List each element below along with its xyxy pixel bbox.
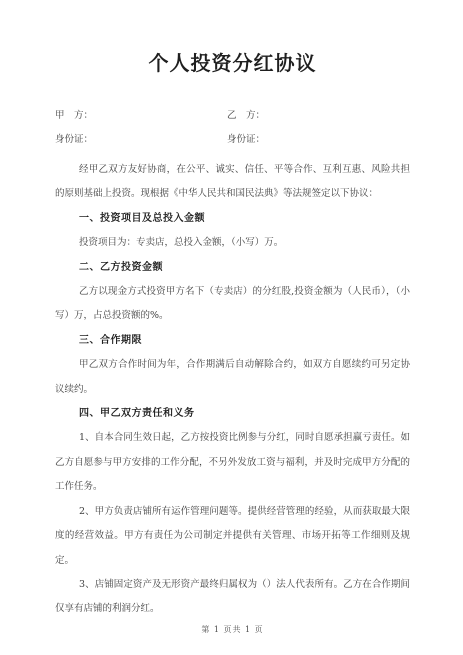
section-1-heading: 一、投资项目及总投入金额 (55, 207, 410, 231)
section-4-item-3: 3、店铺固定资产及无形资产最终归属权为（）法人代表所有。乙方在合作期间仅享有店铺… (55, 573, 410, 622)
section-2-paragraph: 乙方以现金方式投资甲方名下（专卖店）的分红股,投资金额为（人民币），（小写）万，… (55, 280, 410, 329)
document-title: 个人投资分红协议 (55, 50, 410, 76)
party-a-label: 甲 方： (55, 104, 227, 128)
preamble-paragraph: 经甲乙双方友好协商，在公平、诚实、信任、平等合作、互利互惠、风险共担的原则基础上… (55, 158, 410, 207)
section-2-heading: 二、乙方投资金额 (55, 256, 410, 280)
party-info-block: 甲 方： 乙 方： 身份证： 身份证： (55, 104, 410, 152)
section-4-item-1: 1、自本合同生效日起，乙方按投资比例参与分红，同时自愿承担赢亏责任。如乙方自愿参… (55, 426, 410, 499)
party-a-id-label: 身份证： (55, 128, 227, 152)
section-3-heading: 三、合作期限 (55, 329, 410, 353)
party-id-row: 身份证： 身份证： (55, 128, 410, 152)
section-1-paragraph: 投资项目为：专卖店，总投入金额，（小写）万。 (55, 231, 410, 255)
page-number-footer: 第 1 页共 1 页 (55, 624, 410, 635)
party-b-id-label: 身份证： (227, 128, 410, 152)
section-3-paragraph: 甲乙双方合作时间为年，合作期满后自动解除合约，如双方自愿续约可另定协议续约。 (55, 353, 410, 402)
party-name-row: 甲 方： 乙 方： (55, 104, 410, 128)
section-4-item-2: 2、甲方负责店铺所有运作管理问题等。提供经营管理的经验，从而获取最大限度的经营效… (55, 500, 410, 573)
party-b-label: 乙 方： (227, 104, 410, 128)
document-body: 经甲乙双方友好协商，在公平、诚实、信任、平等合作、互利互惠、风险共担的原则基础上… (55, 158, 410, 622)
document-page: 个人投资分红协议 甲 方： 乙 方： 身份证： 身份证： 经甲乙双方友好协商，在… (0, 0, 463, 655)
section-4-heading: 四、甲乙双方责任和义务 (55, 402, 410, 426)
